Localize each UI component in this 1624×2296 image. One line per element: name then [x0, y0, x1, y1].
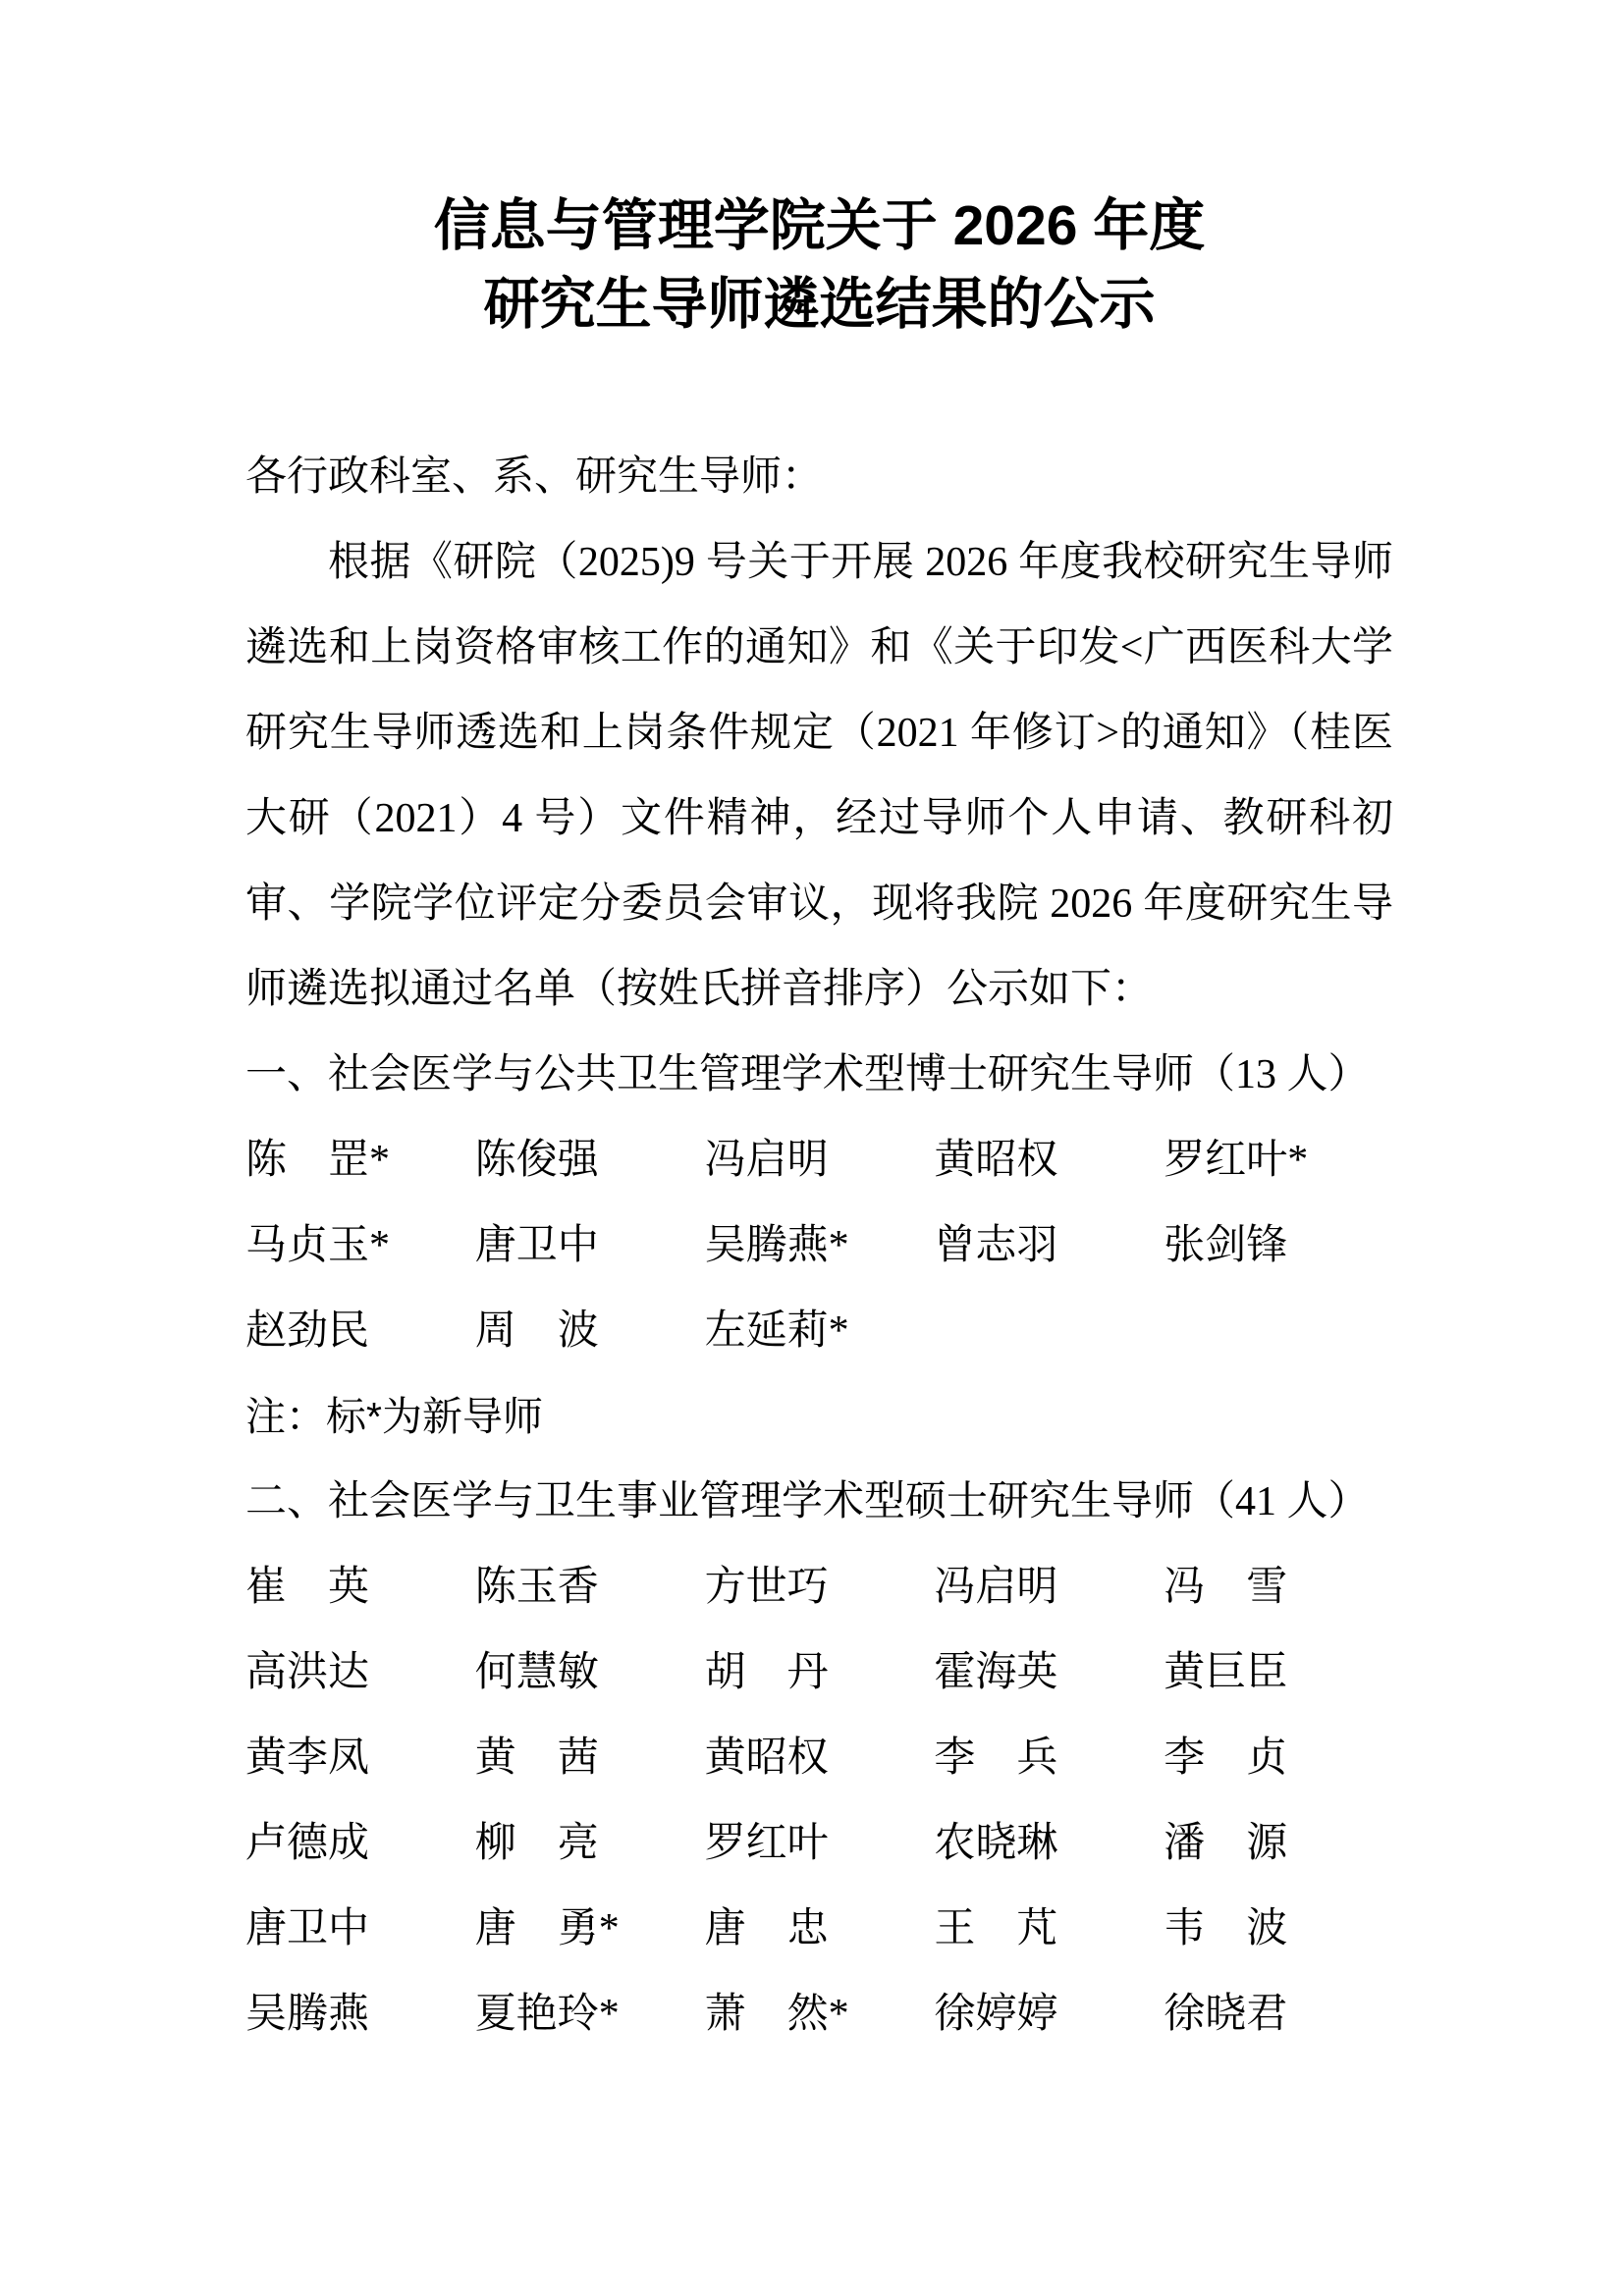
section-2-heading: 二、社会医学与卫生事业管理学术型硕士研究生导师（41 人）: [245, 1460, 1393, 1545]
supervisor-name: 唐卫中: [245, 1887, 475, 1972]
supervisor-name: 黄 茜: [475, 1716, 705, 1801]
supervisor-name: 李 贞: [1164, 1716, 1393, 1801]
supervisor-name: 唐 勇*: [475, 1887, 705, 1972]
supervisor-name: 黄昭权: [934, 1118, 1164, 1203]
supervisor-name: 黄巨臣: [1164, 1630, 1393, 1716]
supervisor-name: 赵劲民: [245, 1289, 475, 1374]
supervisor-name: 冯启明: [934, 1545, 1164, 1630]
supervisor-name: 黄李凤: [245, 1716, 475, 1801]
supervisor-name: 卢德成: [245, 1801, 475, 1887]
supervisor-name: 胡 丹: [705, 1630, 935, 1716]
supervisor-name: 张剑锋: [1164, 1203, 1393, 1289]
supervisor-name: 高洪达: [245, 1630, 475, 1716]
document-page: 信息与管理学院关于 2026 年度 研究生导师遴选结果的公示 各行政科室、系、研…: [0, 0, 1624, 2296]
supervisor-name: 萧 然*: [705, 1972, 935, 2057]
supervisor-name: 农晓琳: [934, 1801, 1164, 1887]
supervisor-name: 徐婷婷: [934, 1972, 1164, 2057]
supervisor-name: 潘 源: [1164, 1801, 1393, 1887]
supervisor-name: 方世巧: [705, 1545, 935, 1630]
supervisor-name: 王 芃: [934, 1887, 1164, 1972]
supervisor-name: 马贞玉*: [245, 1203, 475, 1289]
supervisor-name: 徐晓君: [1164, 1972, 1393, 2057]
supervisor-name: 唐 忠: [705, 1887, 935, 1972]
supervisor-name: 罗红叶: [705, 1801, 935, 1887]
supervisor-name: 曾志羽: [934, 1203, 1164, 1289]
document-title-line1: 信息与管理学院关于 2026 年度: [245, 187, 1393, 265]
supervisor-name: 吴腾燕: [245, 1972, 475, 2057]
section-2-name-grid: 崔 英陈玉香方世巧冯启明冯 雪高洪达何慧敏胡 丹霍海英黄巨臣黄李凤黄 茜黄昭权李…: [245, 1545, 1393, 2057]
supervisor-name: 韦 波: [1164, 1887, 1393, 1972]
supervisor-name: 崔 英: [245, 1545, 475, 1630]
body-paragraph: 根据《研院（2025)9 号关于开展 2026 年度我校研究生导师遴选和上岗资格…: [245, 520, 1393, 1033]
new-supervisor-note: 注：标*为新导师: [245, 1374, 1393, 1460]
supervisor-name: 冯启明: [705, 1118, 935, 1203]
supervisor-name: 陈 罡*: [245, 1118, 475, 1203]
document-title-line2: 研究生导师遴选结果的公示: [245, 265, 1393, 344]
supervisor-name: 周 波: [475, 1289, 705, 1374]
supervisor-name: 夏艳玲*: [475, 1972, 705, 2057]
section-1-name-grid: 陈 罡*陈俊强冯启明黄昭权罗红叶*马贞玉*唐卫中吴腾燕*曾志羽张剑锋赵劲民周 波…: [245, 1118, 1393, 1374]
section-1-heading: 一、社会医学与公共卫生管理学术型博士研究生导师（13 人）: [245, 1033, 1393, 1118]
salutation-line: 各行政科室、系、研究生导师：: [245, 435, 1393, 520]
supervisor-name: 何慧敏: [475, 1630, 705, 1716]
supervisor-name: 陈玉香: [475, 1545, 705, 1630]
supervisor-name: 冯 雪: [1164, 1545, 1393, 1630]
supervisor-name: 罗红叶*: [1164, 1118, 1393, 1203]
supervisor-name: 柳 亮: [475, 1801, 705, 1887]
supervisor-name: 陈俊强: [475, 1118, 705, 1203]
supervisor-name: 霍海英: [934, 1630, 1164, 1716]
document-title: 信息与管理学院关于 2026 年度 研究生导师遴选结果的公示: [245, 187, 1393, 344]
supervisor-name: 唐卫中: [475, 1203, 705, 1289]
supervisor-name: 黄昭权: [705, 1716, 935, 1801]
supervisor-name: 李 兵: [934, 1716, 1164, 1801]
supervisor-name: 吴腾燕*: [705, 1203, 935, 1289]
supervisor-name: 左延莉*: [705, 1289, 935, 1374]
